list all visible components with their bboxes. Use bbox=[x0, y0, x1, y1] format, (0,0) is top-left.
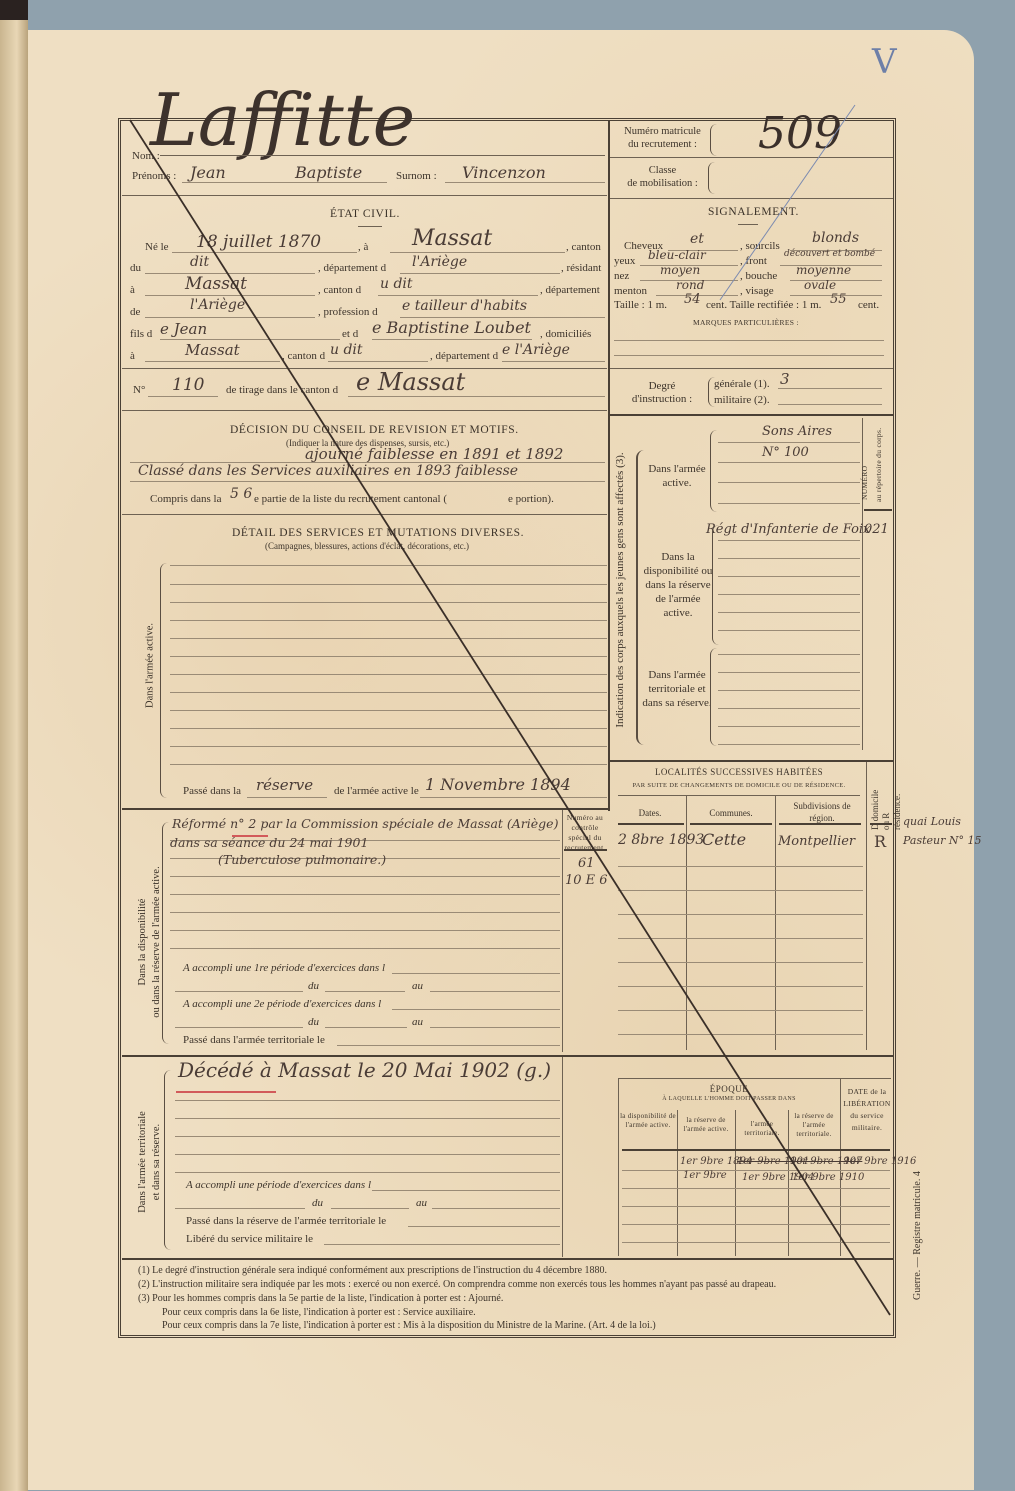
disponibilite-side-label-1: Dans la disponibilité bbox=[136, 842, 150, 1042]
periode2-du-line-start bbox=[175, 1027, 303, 1028]
footnote-3: (3) Pour les hommes compris dans la 5e p… bbox=[138, 1293, 503, 1304]
passe-reserve-label: Passé dans la réserve de l'armée territo… bbox=[186, 1215, 386, 1227]
decision-title: DÉCISION DU CONSEIL DE REVISION ET MOTIF… bbox=[230, 424, 519, 436]
corps-territoriale-line bbox=[718, 654, 860, 655]
epoque-col-1: la disponibilité de l'armée active. bbox=[620, 1112, 676, 1130]
taille-label: Taille : 1 m. bbox=[614, 299, 667, 311]
book-spine bbox=[0, 20, 28, 1491]
territoriale-periode-line bbox=[372, 1190, 560, 1191]
signalement-title: SIGNALEMENT. bbox=[708, 206, 799, 218]
departement-line bbox=[400, 273, 560, 274]
prenoms-value-1: Jean bbox=[190, 163, 226, 182]
taille-cent: cent. Taille rectifiée : 1 m. bbox=[706, 299, 821, 311]
epoque-title: ÉPOQUE bbox=[620, 1084, 838, 1094]
bouche-value: moyenne bbox=[796, 263, 851, 277]
classe-label-line-1: Classe bbox=[615, 164, 710, 177]
localites-col-subdivisions: Subdivisions de région. bbox=[782, 800, 862, 824]
menton-label: menton bbox=[614, 285, 647, 297]
corps-dispo-value: Régt d'Infanterie de Foix bbox=[706, 522, 870, 537]
corps-dispo-line bbox=[718, 558, 860, 559]
territoriale-line bbox=[175, 1136, 560, 1137]
corps-dispo-label: Dans la disponibilité ou dans la réserve… bbox=[640, 550, 716, 620]
du-label: du bbox=[130, 262, 141, 274]
margin-note-2: Pasteur N° 15 bbox=[903, 834, 982, 847]
a2-line bbox=[145, 295, 315, 296]
territoriale-du-label: du bbox=[312, 1197, 323, 1209]
epoque-subtitle: À LAQUELLE L'HOMME DOIT PASSER DANS bbox=[620, 1096, 838, 1102]
localites-header-rule bbox=[779, 823, 861, 825]
instruction-label-line-2: d'instruction : bbox=[618, 393, 706, 406]
territoriale-line bbox=[175, 1118, 560, 1119]
departement-label: , département d bbox=[318, 262, 386, 274]
a3-line bbox=[145, 361, 280, 362]
nez-value: moyen bbox=[660, 263, 700, 277]
localites-rule bbox=[618, 795, 860, 796]
cheveux-value: et bbox=[690, 231, 704, 247]
localites-subtitle: PAR SUITE DE CHANGEMENTS DE DOMICILE OU … bbox=[614, 782, 864, 789]
side-print: Guerre. — Registre matricule. 4 bbox=[912, 1171, 923, 1300]
corps-active-line bbox=[718, 442, 860, 443]
disponibilite-line bbox=[170, 948, 560, 949]
ne-le-value: 18 juillet 1870 bbox=[196, 232, 321, 252]
localites-row-line bbox=[618, 1010, 863, 1011]
red-underline bbox=[176, 1091, 276, 1093]
et-de-value: e Baptistine Loubet bbox=[372, 318, 531, 337]
classe-label: Classe de mobilisation : bbox=[615, 164, 710, 190]
prenoms-value-2: Baptiste bbox=[295, 163, 362, 182]
tirage-line bbox=[348, 396, 605, 397]
ne-le-label: Né le bbox=[145, 241, 169, 253]
detail-rule bbox=[170, 638, 607, 639]
periode2-du-label: du bbox=[308, 1016, 319, 1028]
passe-line bbox=[247, 797, 327, 798]
yeux-value: bleu-clair bbox=[648, 248, 706, 262]
localites-row-line bbox=[618, 938, 863, 939]
militaire-label: militaire (2). bbox=[714, 394, 770, 406]
classe-brace bbox=[708, 162, 715, 194]
detail-side-label: Dans l'armée active. bbox=[145, 586, 156, 746]
corps-numero-label-1: NUMÉRO bbox=[860, 466, 869, 500]
corps-dispo-brace bbox=[712, 525, 719, 645]
footnote-2: (2) L'instruction militaire sera indiqué… bbox=[138, 1279, 776, 1290]
localites-row-line bbox=[618, 986, 863, 987]
disponibilite-line bbox=[170, 930, 560, 931]
corps-active-line bbox=[718, 462, 860, 463]
passe-reserve-line bbox=[408, 1226, 560, 1227]
a2-label: à bbox=[130, 284, 135, 296]
passe-date: 1 Novembre 1894 bbox=[425, 775, 571, 794]
passe-value: réserve bbox=[256, 776, 313, 794]
libere-label: Libéré du service militaire le bbox=[186, 1233, 313, 1245]
tirage-divider bbox=[122, 410, 607, 411]
de-value: l'Ariège bbox=[190, 297, 245, 313]
localites-row-line bbox=[618, 866, 863, 867]
corps-dispo-line bbox=[718, 576, 860, 577]
detail-rule bbox=[170, 620, 607, 621]
signalement-divider bbox=[610, 368, 893, 369]
detail-rule bbox=[170, 565, 607, 566]
compris-suffix: e partie de la liste du recrutement cant… bbox=[254, 493, 447, 505]
de-line bbox=[145, 317, 315, 318]
corps-territoriale-line bbox=[718, 690, 860, 691]
menton-value: rond bbox=[676, 278, 704, 292]
fils-value: e Jean bbox=[160, 320, 207, 338]
periode2-line bbox=[392, 1009, 560, 1010]
classe-divider bbox=[610, 198, 893, 199]
corps-active-label: Dans l'armée active. bbox=[642, 462, 712, 490]
territoriale-side-label-1: Dans l'armée territoriale bbox=[136, 1072, 150, 1252]
territoriale-line bbox=[175, 1100, 560, 1101]
et-de-line bbox=[372, 339, 532, 340]
front-label: , front bbox=[740, 255, 767, 267]
profession-value: e tailleur d'habits bbox=[402, 298, 527, 314]
taille-rect-cent: cent. bbox=[858, 299, 879, 311]
epoque-row-line bbox=[622, 1242, 890, 1243]
detail-rule bbox=[170, 602, 607, 603]
tirage-no-line bbox=[148, 396, 218, 397]
sourcils-value: blonds bbox=[812, 230, 859, 246]
localites-row-line bbox=[618, 1034, 863, 1035]
periode1-du-line-start bbox=[175, 991, 303, 992]
taille-value: 54 bbox=[684, 292, 701, 307]
decision-line-2: Classé dans les Services auxiliaires en … bbox=[138, 463, 518, 479]
corps-side-label: Indication des corps auxquels les jeunes… bbox=[614, 390, 626, 790]
territoriale-side-label-2: et dans sa réserve. bbox=[150, 1072, 164, 1252]
footnote-5: Pour ceux compris dans la 7e liste, l'in… bbox=[162, 1320, 656, 1331]
canton-label: , canton bbox=[566, 241, 601, 253]
territoriale-entry: Décédé à Massat le 20 Mai 1902 (g.) bbox=[178, 1058, 551, 1082]
territoriale-du-line bbox=[331, 1208, 409, 1209]
corps-active-line bbox=[718, 503, 860, 504]
corps-dispo-line bbox=[718, 612, 860, 613]
a-label: , à bbox=[358, 241, 368, 253]
departement3-label: , département d bbox=[430, 350, 498, 362]
corps-active-brace bbox=[710, 430, 717, 512]
compris-value: 5 6 bbox=[230, 486, 252, 502]
footnote-1: (1) Le degré d'instruction générale sera… bbox=[138, 1265, 607, 1276]
periode1-du-label: du bbox=[308, 980, 319, 992]
detail-rule bbox=[170, 692, 607, 693]
surnom-line bbox=[445, 182, 605, 183]
corps-dispo-line bbox=[718, 594, 860, 595]
localites-title: LOCALITÉS SUCCESSIVES HABITÉES bbox=[614, 767, 864, 777]
corps-territoriale-line bbox=[718, 672, 860, 673]
localites-col-communes: Communes. bbox=[688, 808, 774, 818]
matricule-label-line-1: Numéro matricule bbox=[615, 125, 710, 138]
corps-active-value-1: Sons Aires bbox=[762, 424, 832, 439]
portion-suffix: e portion). bbox=[508, 493, 554, 505]
matricule-brace bbox=[710, 124, 717, 156]
periode1-au-label: au bbox=[412, 980, 423, 992]
passe-date-line bbox=[420, 797, 607, 798]
fils-label: fils d bbox=[130, 328, 152, 340]
footnotes-top-rule bbox=[122, 1258, 893, 1260]
ne-le-line bbox=[172, 252, 357, 253]
tirage-label: de tirage dans le canton d bbox=[226, 384, 338, 396]
epoque-col-5: DATE de la LIBÉRATION du service militai… bbox=[842, 1086, 892, 1134]
taille-rect-value: 55 bbox=[830, 292, 847, 307]
periode2-au-label: au bbox=[412, 1016, 423, 1028]
disponibilite-numero-rule bbox=[564, 849, 607, 851]
footnote-4: Pour ceux compris dans la 6e liste, l'in… bbox=[162, 1307, 476, 1318]
corps-numero-label-2: au répertoire du corps. bbox=[874, 428, 883, 502]
corps-divider bbox=[610, 760, 893, 762]
canton3-line bbox=[328, 361, 428, 362]
corner-pencil-mark: V bbox=[872, 42, 897, 82]
a3-value: Massat bbox=[185, 341, 240, 359]
detail-subtitle: (Campagnes, blessures, actions d'éclat, … bbox=[265, 541, 469, 551]
tirage-no-value: 110 bbox=[172, 375, 204, 395]
canton2-value: u dit bbox=[380, 276, 413, 292]
etat-civil-rule bbox=[358, 226, 382, 227]
nez-label: nez bbox=[614, 270, 629, 282]
detail-rule bbox=[170, 746, 607, 747]
detail-rule bbox=[170, 764, 607, 765]
bouche-label: , bouche bbox=[740, 270, 777, 282]
canton2-line bbox=[378, 295, 538, 296]
detail-brace bbox=[160, 563, 167, 798]
localites-col-dates: Dates. bbox=[614, 808, 686, 818]
generale-label: générale (1). bbox=[714, 378, 770, 390]
decision-line-1: ajourné faiblesse en 1891 et 1892 bbox=[305, 445, 563, 463]
disponibilite-side-label: Dans la disponibilité ou dans la réserve… bbox=[136, 842, 164, 1042]
localites-row-line bbox=[618, 962, 863, 963]
epoque-row-line bbox=[622, 1206, 890, 1207]
generale-value: 3 bbox=[780, 370, 790, 388]
libere-line bbox=[324, 1244, 560, 1245]
etat-civil-title: ÉTAT CIVIL. bbox=[330, 208, 400, 220]
matricule-divider bbox=[610, 157, 893, 158]
territoriale-line bbox=[175, 1172, 560, 1173]
departement3-value: e l'Ariège bbox=[502, 342, 570, 358]
corps-dispo-line bbox=[718, 630, 860, 631]
front-value: découvert et bombé bbox=[784, 249, 875, 259]
surnom-label: Surnom : bbox=[396, 170, 437, 182]
territoriale-brace bbox=[164, 1070, 171, 1250]
classe-label-line-2: de mobilisation : bbox=[615, 177, 710, 190]
matricule-value: 509 bbox=[758, 108, 842, 159]
passe-suffix: de l'armée active le bbox=[334, 785, 419, 797]
visage-value: ovale bbox=[804, 278, 836, 292]
territoriale-top-rule bbox=[122, 1055, 893, 1057]
epoque-r1-c5: 1er 9bre 1916 bbox=[844, 1156, 916, 1167]
corps-dispo-line bbox=[718, 540, 860, 541]
territoriale-side-label: Dans l'armée territoriale et dans sa rés… bbox=[136, 1072, 164, 1252]
departement-value: l'Ariège bbox=[412, 254, 467, 270]
book-binding-top bbox=[0, 0, 28, 20]
disponibilite-top-rule bbox=[122, 808, 608, 810]
localites-row-line bbox=[618, 914, 863, 915]
epoque-r2-c2: 1er 9bre bbox=[683, 1170, 727, 1181]
main-column-divider bbox=[608, 121, 610, 811]
matricule-label: Numéro matricule du recrutement : bbox=[615, 125, 710, 151]
departement2-label: , département bbox=[540, 284, 600, 296]
periode2-au-line bbox=[430, 1027, 560, 1028]
detail-title: DÉTAIL DES SERVICES ET MUTATIONS DIVERSE… bbox=[232, 527, 524, 539]
disponibilite-entry-2: dans sa séance du 24 mai 1901 bbox=[170, 835, 368, 850]
a2-value: Massat bbox=[185, 274, 247, 294]
disponibilite-line bbox=[170, 894, 560, 895]
decision-divider bbox=[122, 514, 607, 515]
visage-label: , visage bbox=[740, 285, 774, 297]
corps-numero-rule bbox=[864, 509, 892, 511]
periode1-au-line bbox=[430, 991, 560, 992]
corps-territoriale-line bbox=[718, 726, 860, 727]
du-value: dit bbox=[190, 254, 209, 270]
nom-value: Laffitte bbox=[150, 78, 415, 162]
residant-label: , résidant bbox=[561, 262, 601, 274]
a-value: Massat bbox=[412, 226, 492, 251]
localites-header-rule bbox=[690, 823, 772, 825]
localites-row-commune: Cette bbox=[702, 830, 746, 849]
militaire-line bbox=[778, 404, 882, 405]
epoque-row-line bbox=[622, 1188, 890, 1189]
epoque-col-3: l'armée territoriale. bbox=[736, 1120, 788, 1138]
instruction-label: Degré d'instruction : bbox=[618, 380, 706, 406]
periode2-du-line bbox=[325, 1027, 407, 1028]
canton3-label: , canton d bbox=[282, 350, 325, 362]
disponibilite-entry-1: Réformé n° 2 par la Commission spéciale … bbox=[172, 816, 558, 831]
epoque-col-4: la réserve de l'armée territoriale. bbox=[789, 1112, 839, 1139]
corps-territoriale-brace bbox=[710, 648, 717, 746]
localites-dr-divider bbox=[866, 762, 867, 1050]
localites-row-line bbox=[618, 890, 863, 891]
prenoms-label: Prénoms : bbox=[132, 170, 176, 182]
marques-line bbox=[614, 340, 884, 341]
marques-line bbox=[614, 355, 884, 356]
disponibilite-line bbox=[170, 912, 560, 913]
territoriale-du-line-start bbox=[175, 1208, 305, 1209]
epoque-row-line bbox=[622, 1170, 890, 1171]
epoque-row-line bbox=[622, 1224, 890, 1225]
epoque-header-rule bbox=[622, 1149, 890, 1151]
corps-active-line bbox=[718, 482, 860, 483]
detail-rule bbox=[170, 656, 607, 657]
territoriale-au-label: au bbox=[416, 1197, 427, 1209]
de-label: de bbox=[130, 306, 140, 318]
epoque-col-2: la réserve de l'armée active. bbox=[678, 1116, 734, 1134]
corps-dispo-numero: 021 bbox=[864, 522, 889, 537]
canton3-value: u dit bbox=[330, 342, 363, 358]
passe-label: Passé dans la bbox=[183, 785, 241, 797]
territoriale-line bbox=[175, 1154, 560, 1155]
tirage-no-label: N° bbox=[133, 384, 145, 396]
nom-line bbox=[160, 155, 605, 156]
corps-territoriale-label: Dans l'armée territoriale et dans sa rés… bbox=[642, 668, 712, 710]
domicilies-label: , domiciliés bbox=[540, 328, 591, 340]
localites-row-subdivision: Montpellier bbox=[778, 834, 855, 849]
departement3-line bbox=[502, 361, 605, 362]
passe-territoriale-line bbox=[337, 1045, 560, 1046]
signalement-rule bbox=[738, 224, 758, 225]
prenoms-line bbox=[182, 182, 387, 183]
matricule-label-line-2: du recrutement : bbox=[615, 138, 710, 151]
disponibilite-brace bbox=[162, 822, 169, 1044]
detail-rule bbox=[170, 674, 607, 675]
decision-line-2-rule bbox=[130, 481, 605, 482]
epoque-top-rule bbox=[618, 1078, 891, 1079]
compris-label: Compris dans la bbox=[150, 493, 222, 505]
territoriale-periode-label: A accompli une période d'exercices dans … bbox=[186, 1179, 371, 1191]
detail-rule bbox=[170, 710, 607, 711]
epoque-date-divider bbox=[840, 1078, 841, 1256]
instruction-label-line-1: Degré bbox=[618, 380, 706, 393]
disponibilite-entry-3: (Tuberculose pulmonaire.) bbox=[218, 852, 386, 867]
disponibilite-numero-1: 61 bbox=[578, 856, 595, 871]
epoque-r2-c4: 1er 9bre 1910 bbox=[792, 1172, 864, 1183]
fils-line bbox=[160, 339, 340, 340]
canton2-label: , canton d bbox=[318, 284, 361, 296]
territoriale-divider bbox=[562, 1057, 563, 1257]
tirage-value: e Massat bbox=[356, 368, 465, 396]
localites-header-rule bbox=[618, 823, 684, 825]
yeux-label: yeux bbox=[614, 255, 635, 267]
disponibilite-numero-2: 10 E 6 bbox=[565, 873, 608, 888]
et-de-label: et d bbox=[342, 328, 358, 340]
localites-row-date: 2 8bre 1893 bbox=[618, 832, 704, 848]
detail-rule bbox=[170, 584, 607, 585]
localites-row-dr: R bbox=[874, 832, 886, 851]
disponibilite-numero-header: Numéro au contrôle spécial du recrutemen… bbox=[563, 813, 607, 853]
margin-note-1: quai Louis bbox=[903, 815, 961, 828]
periode1-line bbox=[392, 973, 560, 974]
instruction-divider bbox=[610, 414, 893, 416]
periode1-du-line bbox=[325, 991, 405, 992]
localites-col-divider bbox=[775, 796, 776, 1050]
localites-header-rule bbox=[870, 823, 892, 825]
profession-label: , profession d bbox=[318, 306, 378, 318]
corps-active-value-2: N° 100 bbox=[762, 445, 809, 460]
sourcils-label: , sourcils bbox=[740, 240, 780, 252]
passe-territoriale-label: Passé dans l'armée territoriale le bbox=[183, 1034, 325, 1046]
periode2-label: A accompli une 2e période d'exercices da… bbox=[183, 998, 381, 1010]
a3-label: à bbox=[130, 350, 135, 362]
header-divider bbox=[122, 195, 607, 196]
periode1-label: A accompli une 1re période d'exercices d… bbox=[183, 962, 385, 974]
detail-rule bbox=[170, 728, 607, 729]
marques-label: MARQUES PARTICULIÈRES : bbox=[693, 318, 799, 327]
generale-line bbox=[778, 388, 882, 389]
disponibilite-line bbox=[170, 876, 560, 877]
corps-territoriale-line bbox=[718, 744, 860, 745]
surnom-value: Vincenzon bbox=[462, 163, 546, 182]
corps-numero-label: NUMÉRO bbox=[860, 460, 869, 500]
corps-territoriale-line bbox=[718, 708, 860, 709]
territoriale-au-line bbox=[432, 1208, 560, 1209]
epoque-left-border bbox=[618, 1078, 619, 1256]
a-line bbox=[390, 252, 565, 253]
